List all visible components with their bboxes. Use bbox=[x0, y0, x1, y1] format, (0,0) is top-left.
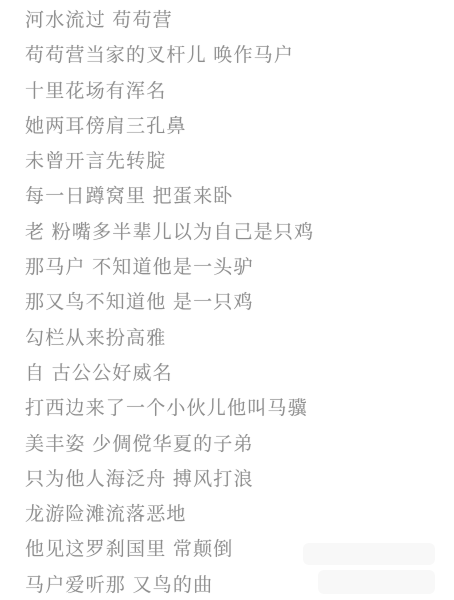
lyric-line: 那又鸟不知道他 是一只鸡 bbox=[25, 285, 446, 320]
lyric-line: 河水流过 苟苟营 bbox=[25, 3, 446, 38]
watermark-blob bbox=[303, 543, 435, 565]
lyric-line: 未曾开言先转腚 bbox=[25, 144, 446, 179]
lyric-line: 她两耳傍肩三孔鼻 bbox=[25, 109, 446, 144]
lyric-line: 那马户 不知道他是一头驴 bbox=[25, 250, 446, 285]
lyrics-list: 河水流过 苟苟营苟苟营当家的叉杆儿 唤作马户十里花场有浑名她两耳傍肩三孔鼻未曾开… bbox=[25, 3, 446, 600]
lyric-line: 龙游险滩流落恶地 bbox=[25, 497, 446, 532]
lyric-line: 打西边来了一个小伙儿他叫马骥 bbox=[25, 391, 446, 426]
lyrics-page: 河水流过 苟苟营苟苟营当家的叉杆儿 唤作马户十里花场有浑名她两耳傍肩三孔鼻未曾开… bbox=[0, 0, 454, 600]
lyric-line: 苟苟营当家的叉杆儿 唤作马户 bbox=[25, 38, 446, 73]
lyric-line: 只为他人海泛舟 搏风打浪 bbox=[25, 462, 446, 497]
lyric-line: 老 粉嘴多半辈儿以为自己是只鸡 bbox=[25, 215, 446, 250]
lyric-line: 自 古公公好威名 bbox=[25, 356, 446, 391]
lyric-line: 勾栏从来扮高雅 bbox=[25, 321, 446, 356]
lyric-line: 每一日蹲窝里 把蛋来卧 bbox=[25, 179, 446, 214]
lyric-line: 十里花场有浑名 bbox=[25, 74, 446, 109]
lyric-line: 美丰姿 少倜傥华夏的子弟 bbox=[25, 427, 446, 462]
watermark-blob bbox=[318, 570, 435, 594]
